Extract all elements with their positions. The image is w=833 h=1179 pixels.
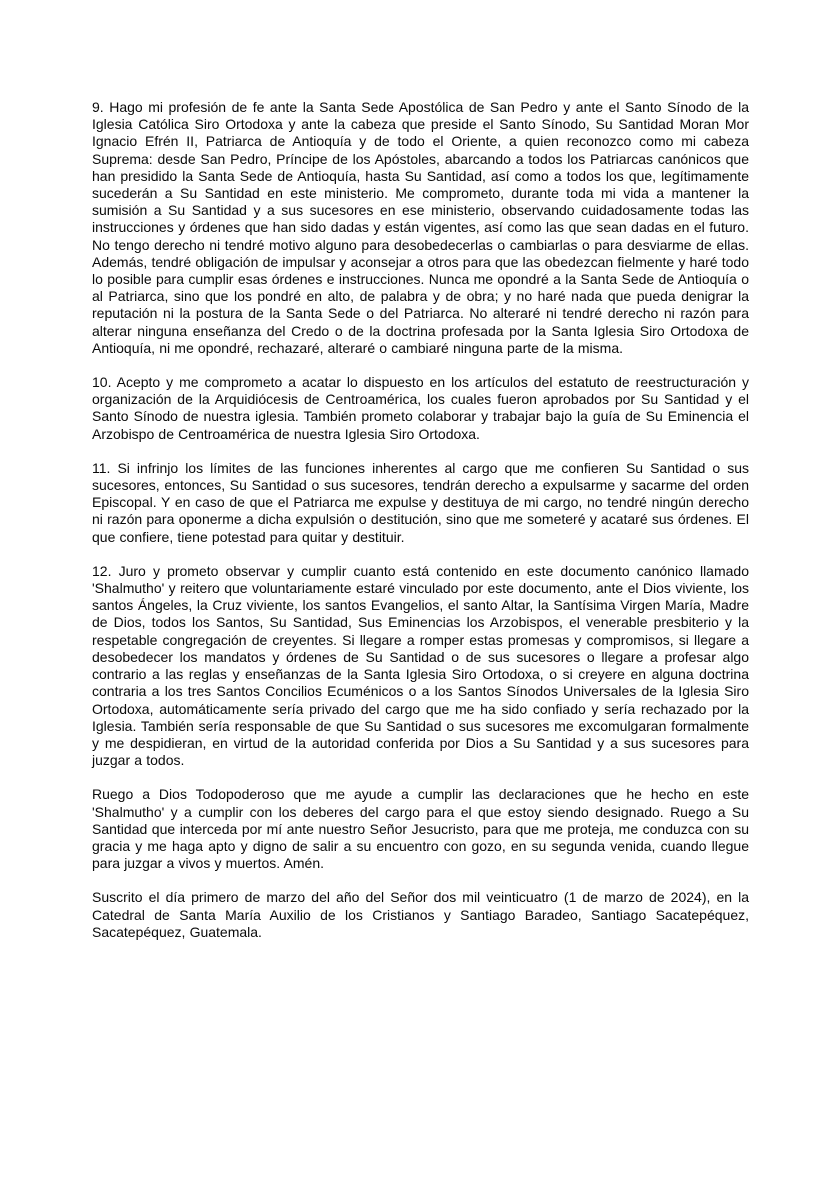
paragraph-signature-date-place: Suscrito el día primero de marzo del año…	[92, 889, 749, 941]
paragraph-12-oath-shalmutho: 12. Juro y prometo observar y cumplir cu…	[92, 563, 749, 769]
paragraph-9-profession-of-faith: 9. Hago mi profesión de fe ante la Santa…	[92, 99, 749, 357]
document-page: 9. Hago mi profesión de fe ante la Santa…	[0, 0, 833, 1179]
paragraph-prayer: Ruego a Dios Todopoderoso que me ayude a…	[92, 786, 749, 872]
paragraph-10-statutes-acceptance: 10. Acepto y me comprometo a acatar lo d…	[92, 374, 749, 443]
paragraph-11-expulsion-clause: 11. Si infrinjo los límites de las funci…	[92, 460, 749, 546]
